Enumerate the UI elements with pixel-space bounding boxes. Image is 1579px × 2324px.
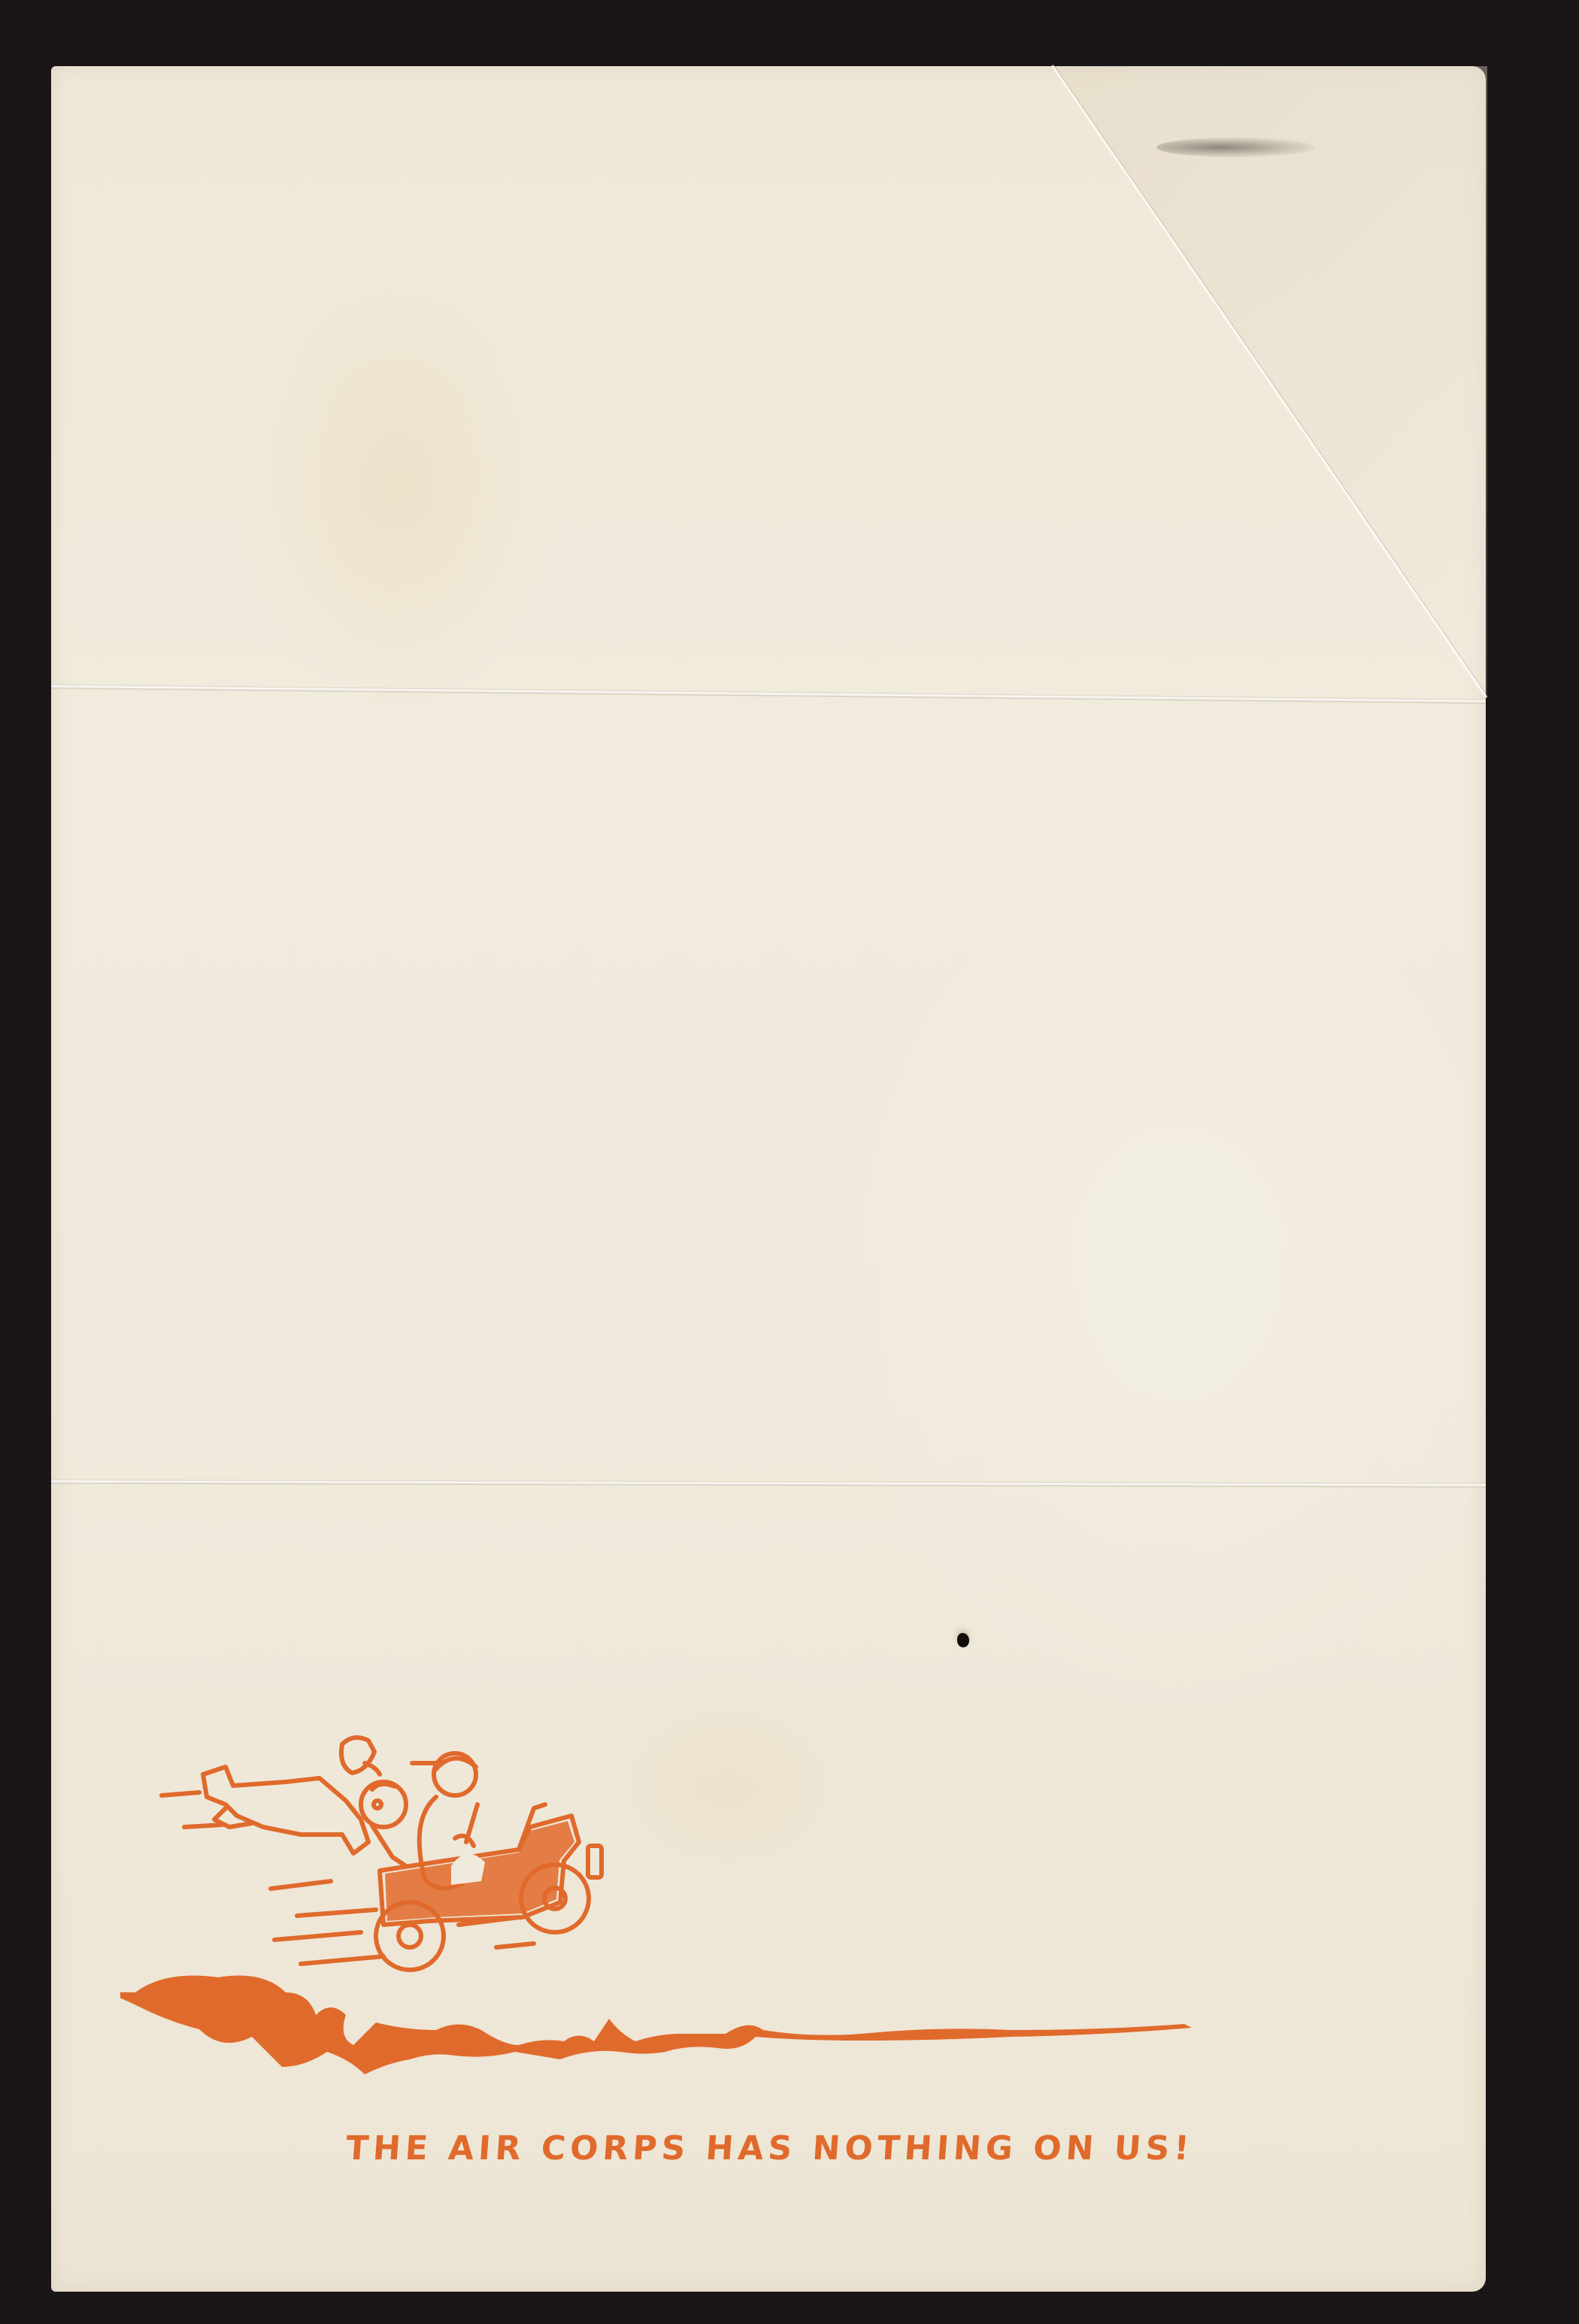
- pin-hole: [957, 1633, 969, 1647]
- fold-crease-upper: [51, 684, 1486, 704]
- fold-crease-lower: [51, 1480, 1486, 1488]
- ink-smudge: [1156, 138, 1314, 157]
- slogan-text: THE AIR CORPS HAS NOTHING ON US!: [344, 2129, 1250, 2168]
- ground-dust-icon: [120, 1947, 1293, 2075]
